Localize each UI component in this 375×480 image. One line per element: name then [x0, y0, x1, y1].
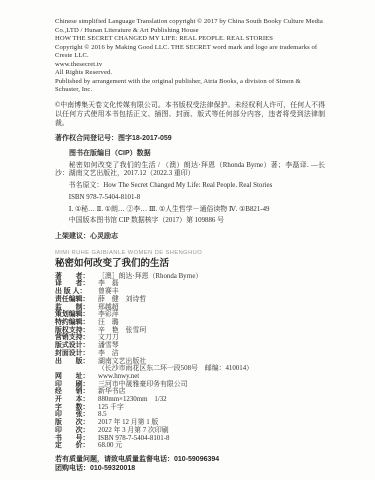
- credit-row: 网 址：www.hnwy.net: [55, 373, 325, 381]
- chinese-copyright-notice: ©中南博集天卷文化传媒有限公司。本书版权受法律保护。未经权利人许可，任何人不得以…: [55, 101, 325, 128]
- credit-row: 经 销：新华书店: [55, 388, 325, 396]
- book-title: 秘密如何改变了我们的生活: [55, 258, 325, 270]
- credit-row: 定 价：68.00 元: [55, 442, 325, 450]
- credit-row: 策划编辑：李彩萍: [55, 311, 325, 319]
- book-title-pinyin: MIMI RUHE GAIBIANLE WOMEN DE SHENGHUO: [55, 250, 325, 257]
- credit-row: 版式设计：潘雪琴: [55, 342, 325, 350]
- credit-row: 版 次：2017 年 12 月第 1 版: [55, 419, 325, 427]
- credit-label: 封面设计：: [55, 350, 98, 358]
- credit-row: 特约编辑：汪 璐: [55, 319, 325, 327]
- credit-value: ISBN 978-7-5404-8101-8: [98, 435, 169, 442]
- credit-row: 封面设计：李 洁: [55, 350, 325, 358]
- english-copyright-line: HOW THE SECRET CHANGED MY LIFE: REAL PEO…: [55, 35, 325, 44]
- credit-label: 经 销：: [55, 388, 98, 396]
- credit-label: 印 张：: [55, 411, 98, 419]
- credit-label: 版式设计：: [55, 342, 98, 350]
- credit-label: 责任编辑：: [55, 296, 98, 304]
- credit-value: 辛 艳 张雪珂: [98, 327, 146, 334]
- credit-label: 印 次：: [55, 427, 98, 435]
- credit-row: 开 本：880mm×1230mm 1/32: [55, 396, 325, 404]
- credit-value: 邢越超: [98, 304, 119, 311]
- english-copyright-block: Chinese simplified Language Translation …: [55, 18, 325, 95]
- credit-value: 李 磊: [98, 280, 119, 287]
- cip-paragraph: 书名原文：How The Secret Changed My Life: Rea…: [55, 182, 325, 191]
- copyright-registration-number: 著作权合同登记号：图字18-2017-059: [55, 135, 325, 144]
- credit-value: 湖南文艺出版社: [98, 358, 146, 365]
- credit-row: 版权支持：辛 艳 张雪珂: [55, 327, 325, 335]
- credit-row: 出 版 人：曾赛丰: [55, 288, 325, 296]
- credit-label: 策划编辑：: [55, 311, 98, 319]
- english-copyright-line: www.thesecret.tv: [55, 61, 325, 70]
- cip-paragraph: 秘密如何改变了我们的生活 / （澳）朗达·拜恩（Rhonda Byrne）著；李…: [55, 162, 325, 180]
- credit-value: 曾赛丰: [98, 288, 119, 295]
- credit-label: 定 价：: [55, 442, 98, 450]
- classification-line: Ⅰ. ①秘… Ⅱ. ①朗… ②李… Ⅲ. ①人生哲学－通俗读物 Ⅳ. ①B821…: [55, 206, 325, 215]
- cip-heading: 图书在版编目（CIP）数据: [69, 150, 325, 159]
- credits-list: 著 者：［澳］朗达·拜恩（Rhonda Byrne） 译 者：李 磊 出 版 人…: [55, 273, 325, 450]
- cip-paragraph: ISBN 978-7-5404-8101-8: [55, 194, 325, 203]
- credit-label: 网 址：: [55, 373, 98, 381]
- credit-value: 潘雪琴: [98, 342, 119, 349]
- credit-row: 书 号：ISBN 978-7-5404-8101-8: [55, 435, 325, 443]
- credit-value: 8.5: [98, 411, 107, 418]
- credit-value: 三河市中晟雅豪印务有限公司: [98, 381, 188, 388]
- english-copyright-line: Chinese simplified Language Translation …: [55, 18, 325, 35]
- credit-value: www.hnwy.net: [98, 373, 139, 380]
- credit-row: 监 制：邢越超: [55, 304, 325, 312]
- credit-value: 李 洁: [98, 350, 119, 357]
- cip-data-block: 秘密如何改变了我们的生活 / （澳）朗达·拜恩（Rhonda Byrne）著；李…: [55, 162, 325, 203]
- footer-line: 若有质量问题，请致电质量监督电话：010-59096394: [55, 455, 325, 465]
- quality-footer: 若有质量问题，请致电质量监督电话：010-59096394 团购电话：010-5…: [55, 455, 325, 474]
- credit-value: ［澳］朗达·拜恩（Rhonda Byrne）: [98, 273, 202, 280]
- credit-row: 译 者：李 磊: [55, 280, 325, 288]
- colophon-page: Chinese simplified Language Translation …: [0, 0, 375, 480]
- footer-line: 团购电话：010-59320018: [55, 464, 325, 474]
- credit-row: 印 刷：三河市中晟雅豪印务有限公司: [55, 381, 325, 389]
- credit-row: （长沙市雨花区东二环一段508号 邮编：410014）: [55, 365, 325, 373]
- credit-value: 125 千字: [98, 404, 124, 411]
- credit-value: 2022 年 3 月第 7 次印刷: [98, 427, 169, 434]
- credit-value: 薛 健 刘诗哲: [98, 296, 146, 303]
- credit-row: 著 者：［澳］朗达·拜恩（Rhonda Byrne）: [55, 273, 325, 281]
- credit-value: 新华书店: [98, 388, 126, 395]
- credit-label: 出 版 人：: [55, 288, 98, 296]
- english-copyright-line: Copyright © 2016 by Making Good LLC. THE…: [55, 44, 325, 61]
- credit-row: 印 次：2022 年 3 月第 7 次印刷: [55, 427, 325, 435]
- english-copyright-line: All Rights Reserved.: [55, 69, 325, 78]
- credit-label: 版 次：: [55, 419, 98, 427]
- credit-value: 汪 璐: [98, 319, 119, 326]
- credit-row: 印 张：8.5: [55, 411, 325, 419]
- credit-value: 2017 年 12 月第 1 版: [98, 419, 158, 426]
- cip-record-number: 中国版本图书馆 CIP 数据核字（2017）第 109886 号: [55, 217, 325, 226]
- credit-value: （长沙市雨花区东二环一段508号 邮编：410014）: [98, 365, 253, 372]
- credit-label: 出 版：: [55, 358, 98, 366]
- credit-row: 责任编辑：薛 健 刘诗哲: [55, 296, 325, 304]
- credit-label: 特约编辑：: [55, 319, 98, 327]
- credit-value: 李彩萍: [98, 311, 119, 318]
- credit-value: 880mm×1230mm 1/32: [98, 396, 167, 403]
- credit-value: 68.00 元: [98, 442, 122, 449]
- shelf-suggestion: 上架建议：心灵励志: [55, 233, 325, 242]
- credit-label: 开 本：: [55, 396, 98, 404]
- credit-value: 文刀刀: [98, 334, 119, 341]
- credit-row: 营销支持：文刀刀: [55, 334, 325, 342]
- english-copyright-line: Published by arrangement with the origin…: [55, 78, 325, 95]
- credit-row: 字 数：125 千字: [55, 404, 325, 412]
- credit-label: 营销支持：: [55, 334, 98, 342]
